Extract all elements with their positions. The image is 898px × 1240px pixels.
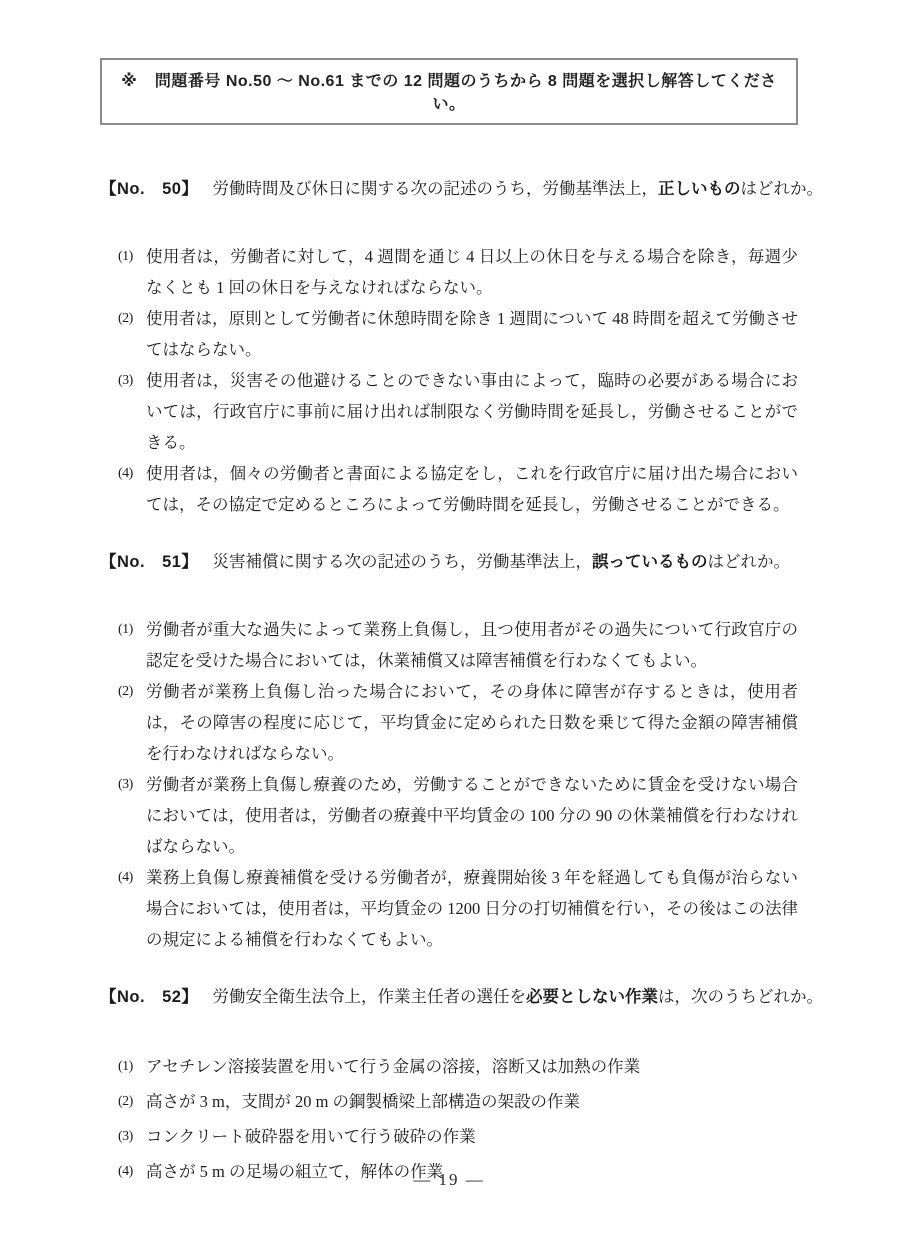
question-lead-text: 労働安全衛生法令上，作業主任者の選任を <box>212 987 526 1006</box>
option-row: (1) 使用者は，労働者に対して，4 週間を通じ 4 日以上の休日を与える場合を… <box>118 241 798 303</box>
notice-text: 問題番号 No.50 ～ No.61 までの 12 問題のうちから 8 問題を選… <box>155 73 777 113</box>
option-row: (1) 労働者が重大な過失によって業務上負傷し，且つ使用者がその過失について行政… <box>118 614 798 676</box>
option-row: (2) 労働者が業務上負傷し治った場合において，その身体に障害が存するときは，使… <box>118 676 798 769</box>
option-text: 労働者が業務上負傷し療養のため，労働することができないために賃金を受けない場合に… <box>146 769 798 862</box>
option-text: アセチレン溶接装置を用いて行う金属の溶接，溶断又は加熱の作業 <box>146 1049 798 1084</box>
option-text: 使用者は，労働者に対して，4 週間を通じ 4 日以上の休日を与える場合を除き，毎… <box>146 241 798 303</box>
question-lead-text: 災害補償に関する次の記述のうち，労働基準法上， <box>212 552 592 571</box>
question-52-options: (1) アセチレン溶接装置を用いて行う金属の溶接，溶断又は加熱の作業 (2) 高… <box>118 1049 798 1189</box>
option-text: 労働者が業務上負傷し治った場合において，その身体に障害が存するときは，使用者は，… <box>146 676 798 769</box>
option-number: (4) <box>118 862 146 955</box>
option-text: 労働者が重大な過失によって業務上負傷し，且つ使用者がその過失について行政官庁の認… <box>146 614 798 676</box>
option-text: コンクリート破砕器を用いて行う破砕の作業 <box>146 1119 798 1154</box>
question-tail-text: は，次のうちどれか。 <box>658 987 823 1006</box>
option-row: (4) 業務上負傷し療養補償を受ける労働者が，療養開始後 3 年を経過しても負傷… <box>118 862 798 955</box>
option-row: (3) 使用者は，災害その他避けることのできない事由によって，臨時の必要がある場… <box>118 365 798 458</box>
question-50-options: (1) 使用者は，労働者に対して，4 週間を通じ 4 日以上の休日を与える場合を… <box>118 241 798 520</box>
page-number: — 19 — <box>0 1170 898 1190</box>
question-tail-text: はどれか。 <box>740 179 823 198</box>
option-row: (2) 使用者は，原則として労働者に休憩時間を除き 1 週間について 48 時間… <box>118 303 798 365</box>
selection-notice-box: ※問題番号 No.50 ～ No.61 までの 12 問題のうちから 8 問題を… <box>100 58 798 125</box>
option-text: 使用者は，原則として労働者に休憩時間を除き 1 週間について 48 時間を超えて… <box>146 303 798 365</box>
option-row: (3) 労働者が業務上負傷し療養のため，労働することができないために賃金を受けな… <box>118 769 798 862</box>
option-text: 業務上負傷し療養補償を受ける労働者が，療養開始後 3 年を経過しても負傷が治らな… <box>146 862 798 955</box>
question-50-heading: 【No. 50】労働時間及び休日に関する次の記述のうち，労働基準法上，正しいもの… <box>100 177 798 201</box>
question-number-label: 【No. 52】 <box>100 988 198 1006</box>
option-text: 使用者は，災害その他避けることのできない事由によって，臨時の必要がある場合におい… <box>146 365 798 458</box>
question-tail-text: はどれか。 <box>707 552 790 571</box>
option-number: (2) <box>118 303 146 365</box>
option-number: (3) <box>118 769 146 862</box>
option-row: (4) 使用者は，個々の労働者と書面による協定をし，これを行政官庁に届け出た場合… <box>118 458 798 520</box>
option-row: (3) コンクリート破砕器を用いて行う破砕の作業 <box>118 1119 798 1154</box>
option-number: (1) <box>118 1049 146 1084</box>
option-number: (4) <box>118 458 146 520</box>
option-text: 高さが 3 m，支間が 20 m の鋼製橋梁上部構造の架設の作業 <box>146 1084 798 1119</box>
question-51: 【No. 51】災害補償に関する次の記述のうち，労働基準法上，誤っているものはど… <box>100 550 798 955</box>
option-number: (3) <box>118 365 146 458</box>
option-number: (2) <box>118 676 146 769</box>
option-number: (3) <box>118 1119 146 1154</box>
option-row: (1) アセチレン溶接装置を用いて行う金属の溶接，溶断又は加熱の作業 <box>118 1049 798 1084</box>
question-51-heading: 【No. 51】災害補償に関する次の記述のうち，労働基準法上，誤っているものはど… <box>100 550 798 574</box>
question-52: 【No. 52】労働安全衛生法令上，作業主任者の選任を必要としない作業は，次のう… <box>100 985 798 1189</box>
question-50: 【No. 50】労働時間及び休日に関する次の記述のうち，労働基準法上，正しいもの… <box>100 177 798 520</box>
question-number-label: 【No. 50】 <box>100 180 198 198</box>
option-number: (2) <box>118 1084 146 1119</box>
question-emphasis-text: 必要としない作業 <box>526 988 658 1006</box>
question-52-heading: 【No. 52】労働安全衛生法令上，作業主任者の選任を必要としない作業は，次のう… <box>100 985 798 1009</box>
question-number-label: 【No. 51】 <box>100 553 198 571</box>
question-51-options: (1) 労働者が重大な過失によって業務上負傷し，且つ使用者がその過失について行政… <box>118 614 798 955</box>
question-lead-text: 労働時間及び休日に関する次の記述のうち，労働基準法上， <box>212 179 658 198</box>
option-row: (2) 高さが 3 m，支間が 20 m の鋼製橋梁上部構造の架設の作業 <box>118 1084 798 1119</box>
option-number: (1) <box>118 614 146 676</box>
question-emphasis-text: 正しいもの <box>658 180 741 198</box>
option-text: 使用者は，個々の労働者と書面による協定をし，これを行政官庁に届け出た場合において… <box>146 458 798 520</box>
exam-page: ※問題番号 No.50 ～ No.61 までの 12 問題のうちから 8 問題を… <box>0 0 898 1240</box>
question-emphasis-text: 誤っているもの <box>592 553 708 571</box>
notice-asterisk-mark: ※ <box>121 73 137 90</box>
option-number: (1) <box>118 241 146 303</box>
